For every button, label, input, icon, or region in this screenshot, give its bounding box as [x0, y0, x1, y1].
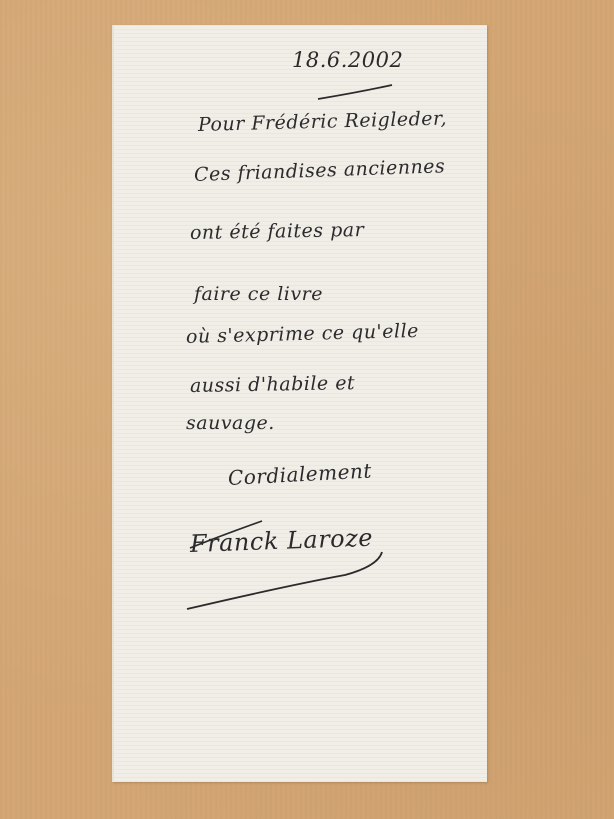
signature-flourish	[0, 0, 614, 819]
